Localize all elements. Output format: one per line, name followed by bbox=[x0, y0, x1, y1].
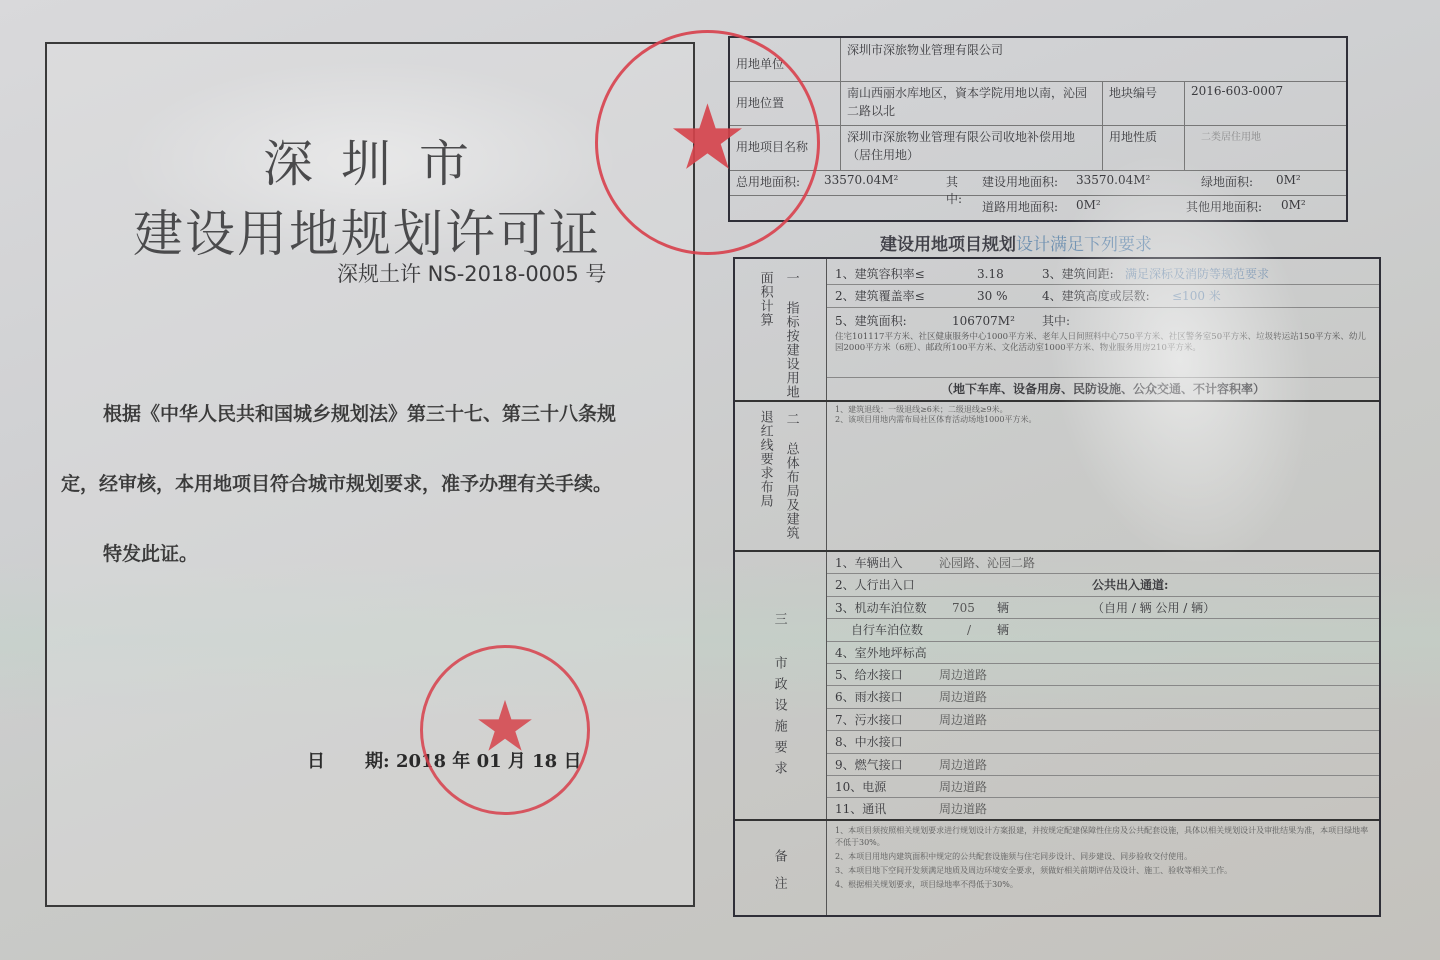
body-paragraph: 根据《中华人民共和国城乡规划法》第三十七、第三十八条规 bbox=[61, 379, 691, 449]
table-row: 总用地面积: 33570.04M² 其中: 建设用地面积: 33570.04M²… bbox=[730, 170, 1346, 196]
requirements-title-text: 设计满足下列要求 bbox=[1016, 235, 1152, 255]
list-item: 6、雨水接口周边道路 bbox=[827, 686, 1379, 708]
table-row: 用地项目名称 深圳市深旅物业管理有限公司收地补偿用地（居住用地） 用地性质 二类… bbox=[730, 125, 1346, 171]
other-area-value: 0M² bbox=[1275, 195, 1335, 220]
section-indicators: 面积计算 一 指标按建设用地 1、建筑容积率≤ 3.18 3、建筑间距: 满足深… bbox=[735, 259, 1379, 402]
certificate-body: 根据《中华人民共和国城乡规划法》第三十七、第三十八条规 定，经审核，本用地项目符… bbox=[61, 379, 691, 589]
body-paragraph: 定，经审核，本用地项目符合城市规划要求，准予办理有关手续。 bbox=[61, 449, 691, 519]
gfa-detail: 住宅101117平方米、社区健康服务中心1000平方米、老年人日间照料中心750… bbox=[827, 330, 1379, 378]
gfa-label: 5、建筑面积: bbox=[835, 314, 907, 328]
coverage-label: 2、建筑覆盖率≤ bbox=[835, 289, 925, 303]
green-area-value: 0M² bbox=[1270, 170, 1330, 195]
item-value: 周边道路 bbox=[939, 664, 987, 686]
item-label: 4、室外地坪标高 bbox=[835, 646, 927, 660]
list-item: 1、车辆出入沁园路、沁园二路 bbox=[827, 552, 1379, 574]
section-content: 1、建筑退线：一级退线≥6米；二级退线≥9米。 2、该项目用地内需布局社区体育活… bbox=[827, 402, 1379, 550]
item-label: 11、通讯 bbox=[835, 802, 886, 816]
section-side-label: 退红线要求布局 bbox=[757, 410, 773, 508]
item-value: 周边道路 bbox=[939, 798, 987, 820]
remark-item: 2、本项目用地内建筑面积中规定的公共配套设施须与住宅同步设计、同步建设、同步验收… bbox=[835, 851, 1371, 863]
item-value: 周边道路 bbox=[939, 686, 987, 708]
road-area-label: 道路用地面积: bbox=[976, 195, 1076, 220]
list-item: 2、建筑覆盖率≤ 30 % 4、建筑高度或层数: ≤100 米 bbox=[827, 285, 1379, 308]
section-side: 退红线要求布局 二 总体布局及建筑 bbox=[735, 402, 827, 550]
item-extra: 公共出入通道: bbox=[1092, 574, 1168, 596]
date-label: 日 bbox=[307, 751, 325, 772]
construction-area-value: 33570.04M² bbox=[1070, 170, 1170, 195]
table-row: 用地位置 南山西丽水库地区，資本学院用地以南，沁园二路以北 地块编号 2016-… bbox=[730, 81, 1346, 126]
certificate-cover-panel: 深圳市 建设用地规划许可证 深规土许 NS-2018-0005 号 根据《中华人… bbox=[45, 42, 695, 907]
item-value: 705 bbox=[952, 597, 975, 619]
item-value: 周边道路 bbox=[939, 776, 987, 798]
list-item: 10、电源周边道路 bbox=[827, 776, 1379, 798]
date-value: 2018 年 01 月 18 日 bbox=[396, 751, 582, 772]
list-item: 11、通讯周边道路 bbox=[827, 798, 1379, 820]
section-sub-label: 一 指标按建设用地 bbox=[783, 271, 799, 399]
section-sub-label: 二 总体布局及建筑 bbox=[783, 412, 799, 540]
section-remarks: 备注 1、本项目须按照相关规划要求进行规划设计方案报建，并按规定配建保障性住房及… bbox=[735, 821, 1379, 915]
section-side: 面积计算 一 指标按建设用地 bbox=[735, 259, 827, 400]
table-row: 道路用地面积: 0M² 其他用地面积: 0M² bbox=[730, 195, 1346, 220]
table-row: 用地单位 深圳市深旅物业管理有限公司 bbox=[730, 38, 1346, 82]
land-info-table: 用地单位 深圳市深旅物业管理有限公司 用地位置 南山西丽水库地区，資本学院用地以… bbox=[728, 36, 1348, 222]
applicant-label: 用地单位 bbox=[730, 52, 840, 81]
item-label: 自行车泊位数 bbox=[835, 623, 923, 637]
section-side-label: 面积计算 bbox=[757, 271, 773, 327]
city-title: 深圳市 bbox=[47, 124, 693, 196]
list-item: 5、给水接口周边道路 bbox=[827, 664, 1379, 686]
item-label: 5、给水接口 bbox=[835, 668, 903, 682]
other-area-label: 其他用地面积: bbox=[1180, 195, 1280, 220]
green-area-label: 绿地面积: bbox=[1195, 170, 1275, 195]
section-content: 1、本项目须按照相关规划要求进行规划设计方案报建，并按规定配建保障性住房及公共配… bbox=[827, 821, 1379, 915]
section-content: 1、建筑容积率≤ 3.18 3、建筑间距: 满足深标及消防等规范要求 2、建筑覆… bbox=[827, 259, 1379, 400]
list-item: 2、人行出入口公共出入通道: bbox=[827, 574, 1379, 596]
road-area-value: 0M² bbox=[1070, 195, 1130, 220]
total-area-value: 33570.04M² bbox=[818, 170, 918, 195]
height-value: ≤100 米 bbox=[1172, 285, 1221, 307]
list-item: 2、该项目用地内需布局社区体育活动场地1000平方米。 bbox=[835, 414, 1036, 426]
item-label: 9、燃气接口 bbox=[835, 758, 903, 772]
section-layout: 退红线要求布局 二 总体布局及建筑 1、建筑退线：一级退线≥6米；二级退线≥9米… bbox=[735, 402, 1379, 552]
list-item: 8、中水接口 bbox=[827, 731, 1379, 753]
certificate-title: 建设用地规划许可证 bbox=[107, 194, 627, 266]
parcel-no-value: 2016-603-0007 bbox=[1184, 81, 1346, 125]
land-use-label: 用地性质 bbox=[1102, 125, 1184, 170]
body-paragraph: 特发此证。 bbox=[61, 519, 691, 589]
requirements-title-text: 建设用地项目规划 bbox=[880, 235, 1016, 255]
item-label: 7、污水接口 bbox=[835, 713, 903, 727]
section-side-label: 备注 bbox=[771, 849, 787, 903]
section-side-label: 三 市政设施要求 bbox=[771, 612, 787, 782]
item-label: 6、雨水接口 bbox=[835, 690, 903, 704]
list-item: 9、燃气接口周边道路 bbox=[827, 754, 1379, 776]
section-municipal: 三 市政设施要求 1、车辆出入沁园路、沁园二路2、人行出入口公共出入通道:3、机… bbox=[735, 552, 1379, 821]
spacing-label: 3、建筑间距: bbox=[1042, 263, 1114, 285]
list-item: 4、室外地坪标高 bbox=[827, 642, 1379, 664]
spacing-value: 满足深标及消防等规范要求 bbox=[1125, 263, 1269, 285]
of-which-label: 其中: bbox=[940, 170, 980, 195]
remark-item: 4、根据相关规划要求，项目绿地率不得低于30%。 bbox=[835, 879, 1371, 891]
section-content: 1、车辆出入沁园路、沁园二路2、人行出入口公共出入通道:3、机动车泊位数705辆… bbox=[827, 552, 1379, 819]
item-unit: 辆 bbox=[997, 597, 1009, 619]
item-label: 3、机动车泊位数 bbox=[835, 601, 927, 615]
of-which-label: 其中: bbox=[1042, 310, 1070, 330]
item-value: / bbox=[967, 619, 971, 641]
gfa-value: 106707M² bbox=[952, 310, 1015, 330]
item-unit: 辆 bbox=[997, 619, 1009, 641]
item-extra: （自用 / 辆 公用 / 辆） bbox=[1092, 597, 1215, 619]
permit-number: 深规土许 NS-2018-0005 号 bbox=[337, 258, 606, 288]
list-item: 7、污水接口周边道路 bbox=[827, 709, 1379, 731]
parcel-no-label: 地块编号 bbox=[1102, 81, 1184, 125]
item-label: 8、中水接口 bbox=[835, 735, 903, 749]
project-name-value: 深圳市深旅物业管理有限公司收地补偿用地（居住用地） bbox=[840, 125, 1102, 170]
applicant-value: 深圳市深旅物业管理有限公司 bbox=[840, 38, 1346, 81]
location-value: 南山西丽水库地区，資本学院用地以南，沁园二路以北 bbox=[840, 81, 1102, 125]
total-area-label: 总用地面积: bbox=[730, 170, 820, 195]
remark-item: 1、本项目须按照相关规划要求进行规划设计方案报建，并按规定配建保障性住房及公共配… bbox=[835, 825, 1371, 849]
item-value: 沁园路、沁园二路 bbox=[939, 552, 1035, 574]
far-value: 3.18 bbox=[977, 263, 1004, 285]
coverage-value: 30 % bbox=[977, 285, 1008, 307]
construction-area-label: 建设用地面积: bbox=[976, 170, 1076, 195]
remark-item: 3、本项目地下空间开发须满足地质及周边环境安全要求，须做好相关前期评估及设计、施… bbox=[835, 865, 1371, 877]
item-value: 周边道路 bbox=[939, 709, 987, 731]
land-use-value: 二类居住用地 bbox=[1184, 125, 1346, 170]
item-label: 2、人行出入口 bbox=[835, 578, 915, 592]
list-item: 1、建筑容积率≤ 3.18 3、建筑间距: 满足深标及消防等规范要求 bbox=[827, 263, 1379, 285]
requirements-table: 面积计算 一 指标按建设用地 1、建筑容积率≤ 3.18 3、建筑间距: 满足深… bbox=[733, 257, 1381, 917]
requirements-title: 建设用地项目规划设计满足下列要求 bbox=[880, 230, 1152, 255]
item-value: 周边道路 bbox=[939, 754, 987, 776]
section-side: 三 市政设施要求 bbox=[735, 552, 827, 819]
project-name-label: 用地项目名称 bbox=[730, 135, 840, 170]
item-label: 10、电源 bbox=[835, 780, 886, 794]
item-label: 1、车辆出入 bbox=[835, 556, 903, 570]
far-label: 1、建筑容积率≤ bbox=[835, 267, 925, 281]
list-item: 自行车泊位数/辆 bbox=[827, 619, 1379, 641]
section-side: 备注 bbox=[735, 821, 827, 915]
list-item: 5、建筑面积: 106707M² 其中: bbox=[827, 310, 1379, 330]
location-label: 用地位置 bbox=[730, 91, 840, 125]
date-label: 期: bbox=[365, 751, 390, 772]
list-item: 3、机动车泊位数705辆（自用 / 辆 公用 / 辆） bbox=[827, 597, 1379, 619]
issue-date: 日期: 2018 年 01 月 18 日 bbox=[307, 747, 581, 773]
height-label: 4、建筑高度或层数: bbox=[1042, 285, 1150, 307]
section-footnote: （地下车库、设备用房、民防设施、公众交通、不计容积率） bbox=[827, 378, 1379, 400]
